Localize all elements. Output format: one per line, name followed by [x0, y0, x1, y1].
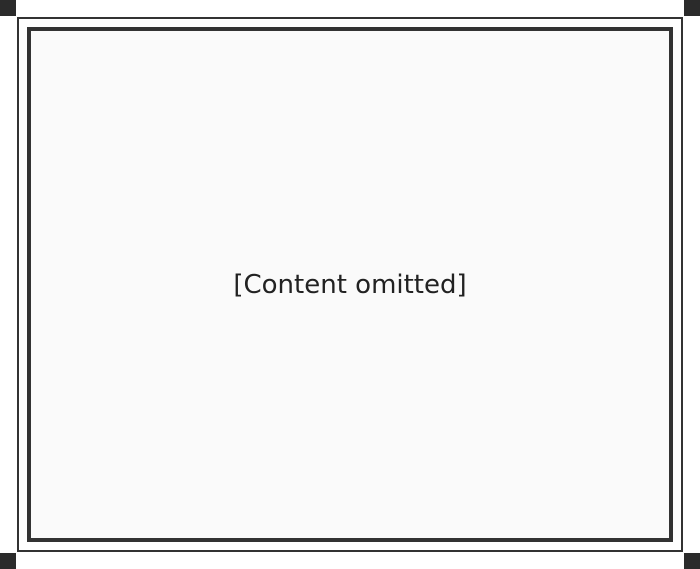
- corner-decoration: [684, 0, 700, 16]
- notice-body: [Content omitted]: [193, 263, 506, 307]
- corner-decoration: [0, 0, 16, 16]
- outer-frame: [Content omitted]: [17, 17, 683, 552]
- inner-frame: [Content omitted]: [27, 27, 673, 542]
- corner-decoration: [684, 553, 700, 569]
- corner-decoration: [0, 553, 16, 569]
